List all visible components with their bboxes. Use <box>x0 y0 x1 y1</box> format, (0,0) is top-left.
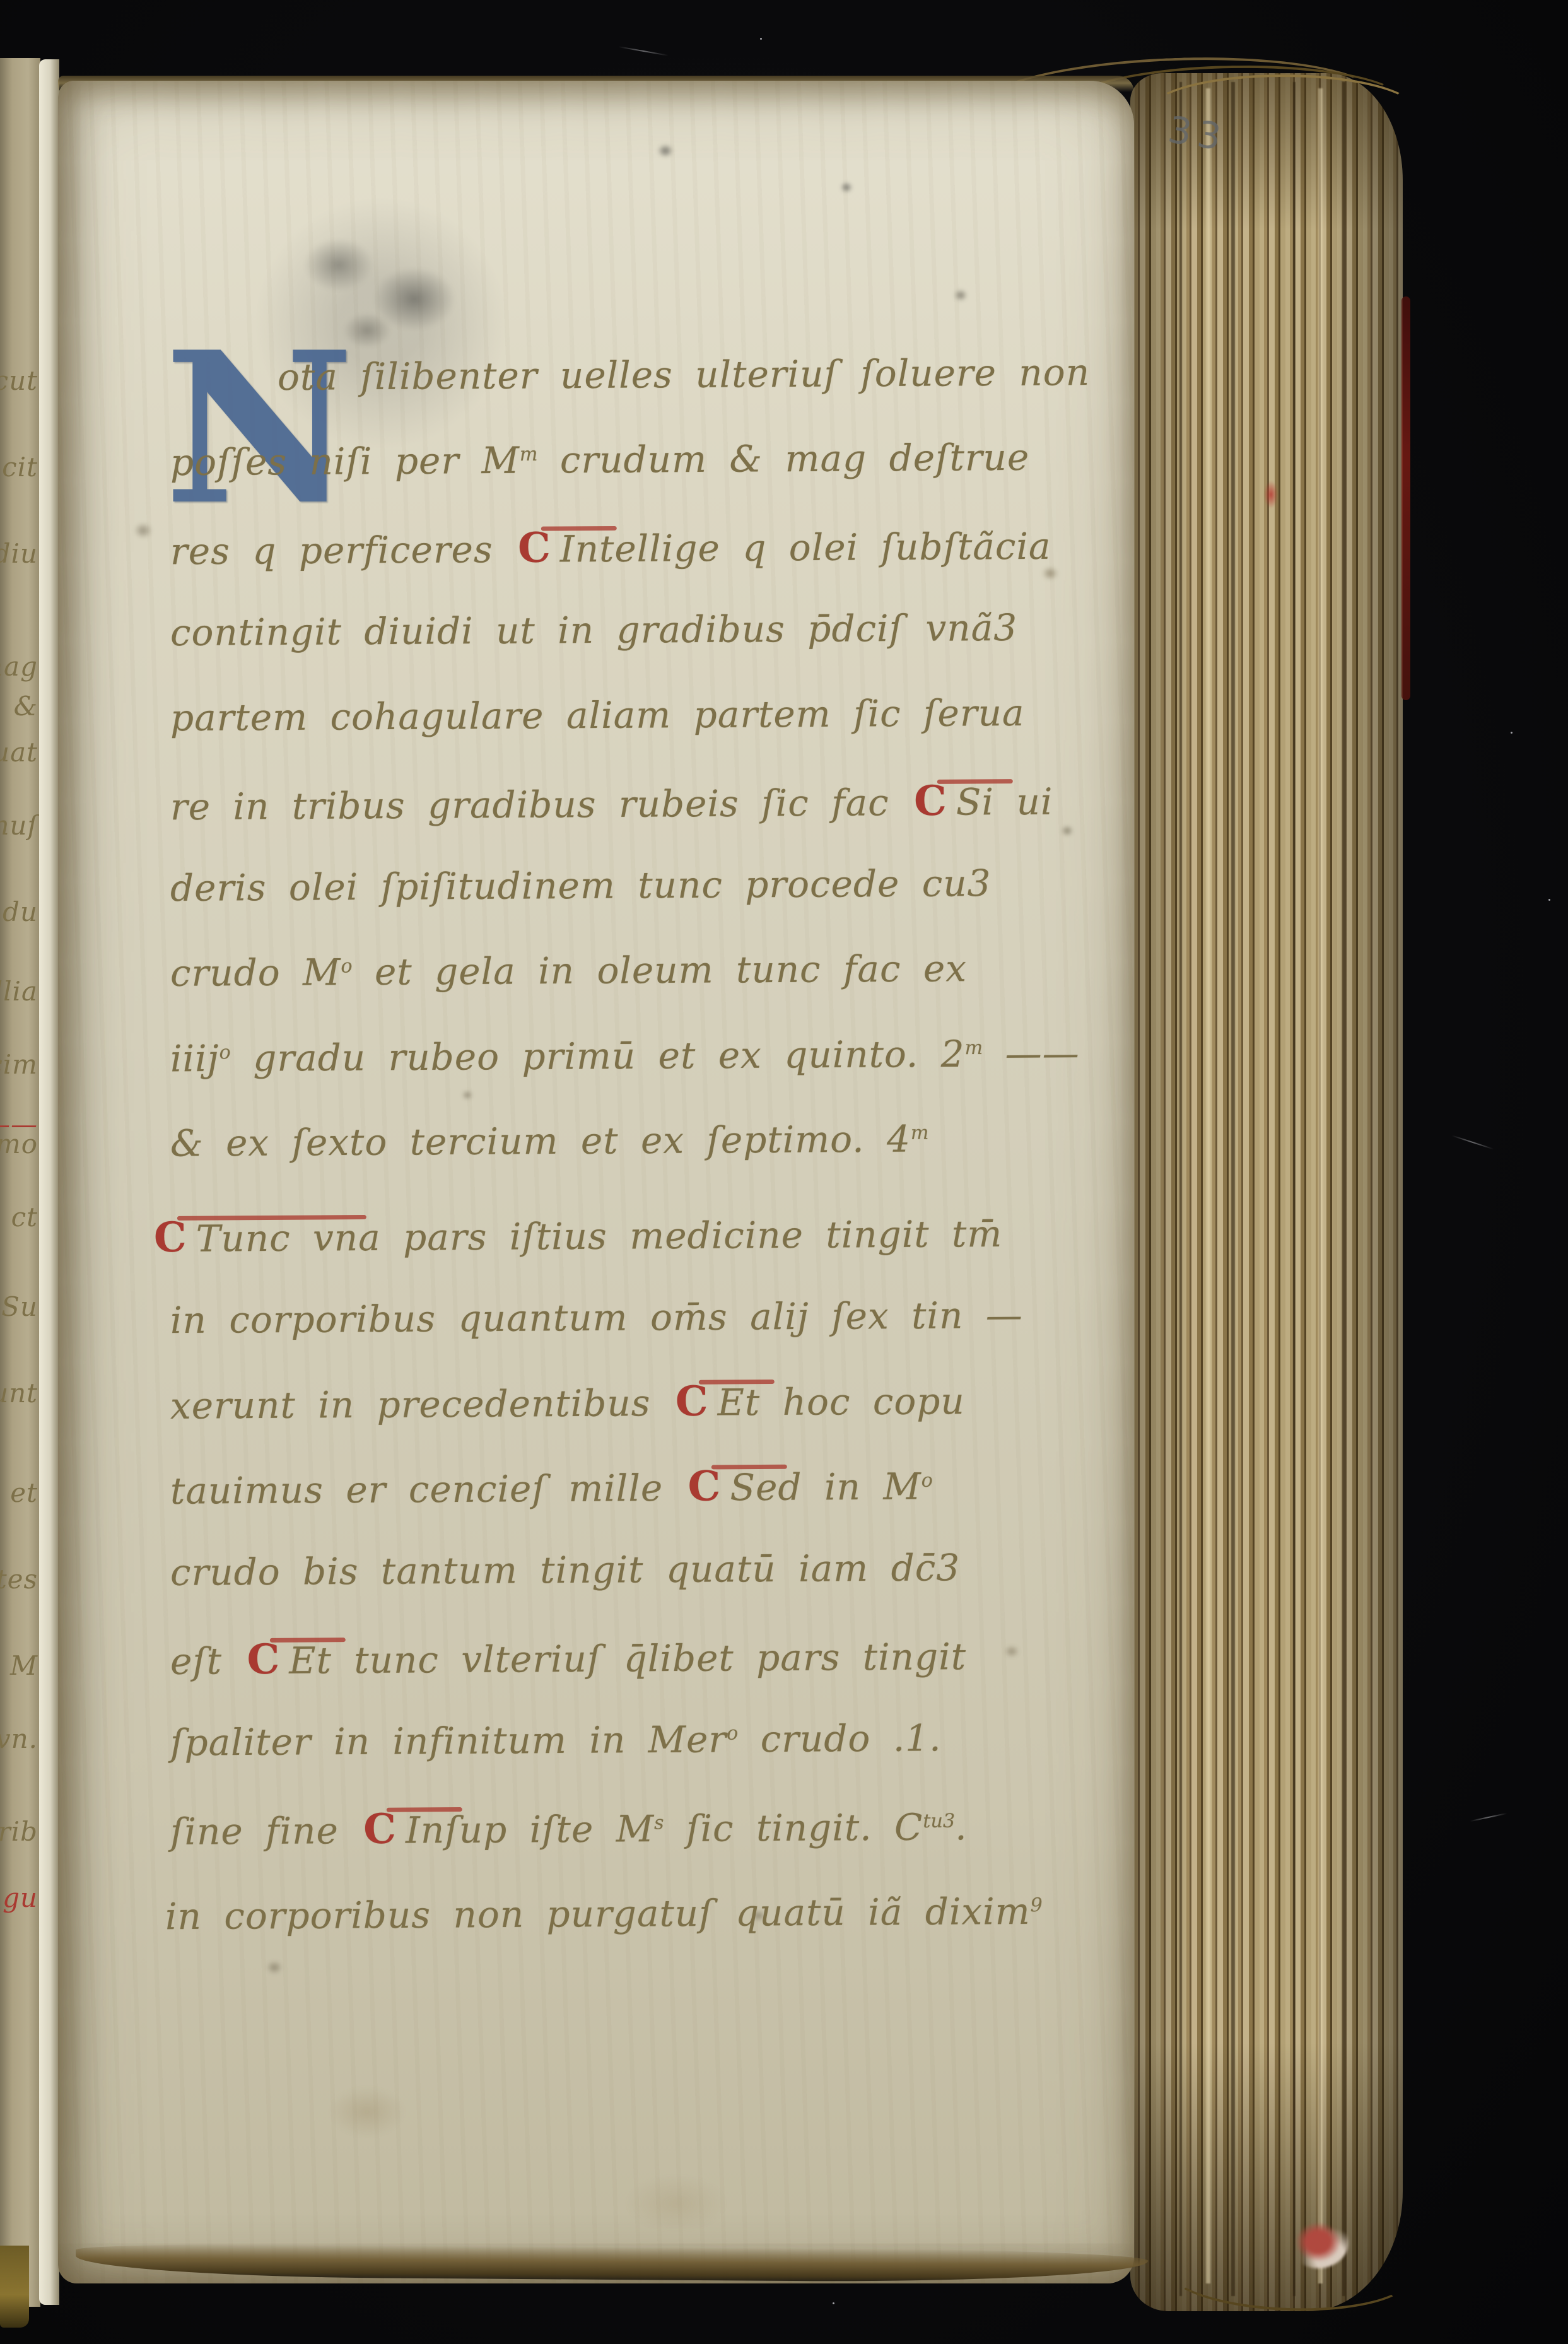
text-line: crudo Mo et gela in oleum tunc fac ex <box>170 947 967 995</box>
text-segment: partem cohagulare aliam partem ſic ſerua <box>170 691 1025 739</box>
text-line: xerunt in precedentibus CEt hoc copu <box>170 1376 965 1429</box>
dust-speck <box>833 2302 834 2304</box>
text-segment: ota ſilibenter uelles ulteriuſ ſoluere n… <box>278 351 1090 399</box>
superscript: m <box>520 443 538 466</box>
text-line: & ex ſexto tercium et ex ſeptimo. 4m <box>170 1117 929 1164</box>
superscript: s <box>654 1812 664 1834</box>
text-line: ota ſilibenter uelles ulteriuſ ſoluere n… <box>278 351 1090 399</box>
text-segment: crudo bis tantum tingit quatū iam dc̄3 <box>170 1546 961 1594</box>
superscript: o <box>921 1470 933 1492</box>
text-line: ſpaliter in infinitum in Mero crudo .1. <box>170 1716 942 1764</box>
facing-page-fragment: cohag <box>0 651 38 682</box>
text-segment: contingit diuidi ut in gradibus p̄dciſ v… <box>170 606 1018 654</box>
text-segment: Si ui <box>956 780 1053 824</box>
text-line: re in tribus gradibus rubeis ſic fac CSi… <box>170 776 1053 830</box>
facing-page-fragment: ta et <box>0 1477 38 1508</box>
text-segment: Sed in M <box>730 1465 921 1509</box>
facing-page-fragment: q dicit <box>0 452 38 483</box>
superscript: o <box>727 1723 738 1745</box>
facing-page-fragment: millia <box>0 976 38 1007</box>
facing-page-fragment: primo <box>0 1128 38 1159</box>
text-line: contingit diuidi ut in gradibus p̄dciſ v… <box>170 606 1018 654</box>
text-line: tauimus er cencieſ mille CSed in Mo <box>170 1461 933 1513</box>
text-line: partem cohagulare aliam partem ſic ſerua <box>170 691 1025 739</box>
background-scratch <box>618 46 668 56</box>
text-segment: ſine fine <box>170 1809 361 1853</box>
cover-edge-glimpse <box>0 2246 29 2328</box>
text-segment: & ex ſexto tercium et ex ſeptimo. 4 <box>170 1118 911 1165</box>
cover-red-glimpse <box>1288 2215 1349 2268</box>
dust-speck <box>1548 899 1550 901</box>
superscript: o <box>219 1041 230 1064</box>
dust-speck <box>1511 732 1512 734</box>
text-segment: Et tunc vlteriuſ q̄libet pars tingit <box>289 1635 966 1682</box>
text-line: eſt CEt tunc vlteriuſ q̄libet pars tingi… <box>170 1631 966 1684</box>
text-segment: tauimus er cencieſ mille <box>170 1467 686 1513</box>
pilcrow-mark: C <box>676 1378 709 1426</box>
text-segment: crudum & mag deſtrue <box>537 436 1029 482</box>
text-segment: xerunt in precedentibus <box>170 1381 673 1427</box>
pilcrow-mark: C <box>247 1636 280 1684</box>
pilcrow-mark: C <box>914 777 947 825</box>
facing-page-fragment: ro. ct <box>0 1202 38 1233</box>
text-line: deris olei ſpiſitudinem tunc procede cu3 <box>170 862 992 910</box>
text-segment: et gela in oleum tunc fac ex <box>352 947 967 993</box>
superscript: m <box>911 1122 929 1144</box>
facing-page-sliver: ſicutq dicitnõ diucohag&quattimuſit dumi… <box>0 58 40 2307</box>
facing-page-fragment: it du <box>0 896 38 927</box>
facing-page-fragment: artes <box>0 1564 38 1595</box>
stack-highlight <box>1206 88 1210 2283</box>
facing-page-fragment: gu <box>3 1882 38 1913</box>
stack-striation <box>1293 82 1296 2296</box>
text-segment: crudo .1. <box>738 1716 942 1761</box>
background-scratch <box>1451 1135 1494 1150</box>
text-segment: res q perficeres <box>170 528 515 573</box>
superscript: o <box>341 956 352 978</box>
facing-page-fragment: vn. <box>0 1723 38 1754</box>
text-segment: poſſes niſi per M <box>170 439 520 484</box>
facing-page-fragment: ficim <box>0 1049 38 1080</box>
text-segment: crudo M <box>170 951 341 995</box>
pilcrow-mark: C <box>687 1462 721 1510</box>
text-segment: in corporibus non purgatuſ quatū iã dixi… <box>165 1890 1031 1938</box>
text-line: poſſes niſi per Mm crudum & mag deſtrue <box>170 436 1030 484</box>
superscript: m <box>964 1037 983 1059</box>
facing-page-fragment: nõ diu <box>0 538 38 569</box>
text-segment: iiij <box>170 1037 219 1080</box>
text-segment: re in tribus gradibus rubeis ſic fac <box>170 781 911 828</box>
text-line: iiijo gradu rubeo primū et ex quinto. 2m… <box>170 1032 1080 1081</box>
page-stack-fore-edge <box>1130 73 1403 2311</box>
stack-highlight <box>1318 88 1323 2283</box>
facing-page-fragment: timuſ <box>0 810 38 841</box>
folio-number: 33 <box>1165 108 1230 160</box>
superscript: 9 <box>1031 1894 1043 1916</box>
stack-striation <box>1231 82 1235 2296</box>
text-segment: —— <box>983 1032 1080 1075</box>
text-segment: . <box>955 1805 968 1848</box>
manuscript-text-block: ota ſilibenter uelles ulteriuſ ſoluere n… <box>58 81 1134 2283</box>
text-segment: ſpaliter in infinitum in Mer <box>170 1718 727 1764</box>
text-segment: deris olei ſpiſitudinem tunc procede cu3 <box>170 862 992 910</box>
text-line: res q perficeres CIntellige q olei ſubſt… <box>170 521 1051 575</box>
facing-page-fragment: quat <box>0 737 38 768</box>
pilcrow-mark: C <box>518 524 551 572</box>
text-line: ſine fine CInſup iſte Ms ſic tingit. Ctu… <box>170 1802 968 1855</box>
text-segment: Inſup iſte M <box>406 1807 655 1851</box>
stack-striation <box>1342 82 1345 2296</box>
text-line: in corporibus non purgatuſ quatū iã dixi… <box>165 1890 1043 1938</box>
facing-page-fragment: do M <box>0 1650 38 1681</box>
facing-page-fragment: porib <box>0 1816 38 1847</box>
cover-red-edge <box>1401 296 1410 700</box>
facing-page-fragment: & <box>14 691 38 722</box>
pilcrow-mark: C <box>363 1805 397 1853</box>
facing-page-fragment: b. Su <box>0 1291 38 1322</box>
text-line: CTunc vna pars iſtius medicine tingit tm… <box>151 1209 1003 1262</box>
background-scratch <box>1470 1813 1507 1822</box>
page-curl-edge <box>39 59 59 2305</box>
manuscript-photo-scene: ſicutq dicitnõ diucohag&quattimuſit dumi… <box>0 0 1568 2344</box>
facing-page-fragment: ſicut <box>0 365 38 396</box>
text-segment: gradu rubeo primū et ex quinto. 2 <box>231 1033 965 1080</box>
dust-speck <box>760 38 762 40</box>
stack-striation <box>1179 82 1182 2296</box>
pilcrow-mark: C <box>154 1214 187 1262</box>
superscript: tu3 <box>923 1810 955 1832</box>
text-segment: ſic tingit. C <box>664 1806 923 1851</box>
text-segment: in corporibus quantum om̄s alij ſex tin … <box>170 1294 1023 1342</box>
text-segment: eſt <box>170 1639 245 1683</box>
facing-page-fragment: runt <box>0 1378 38 1409</box>
text-line: in corporibus quantum om̄s alij ſex tin … <box>170 1294 1023 1342</box>
text-segment: Intellige q olei ſubſtãcia <box>560 525 1051 571</box>
text-segment: Et hoc copu <box>717 1380 965 1424</box>
manuscript-page: N ota ſilibenter uelles ulteriuſ ſoluere… <box>58 81 1134 2283</box>
fore-edge-red-mark <box>1264 481 1278 508</box>
text-line: crudo bis tantum tingit quatū iam dc̄3 <box>170 1546 961 1594</box>
